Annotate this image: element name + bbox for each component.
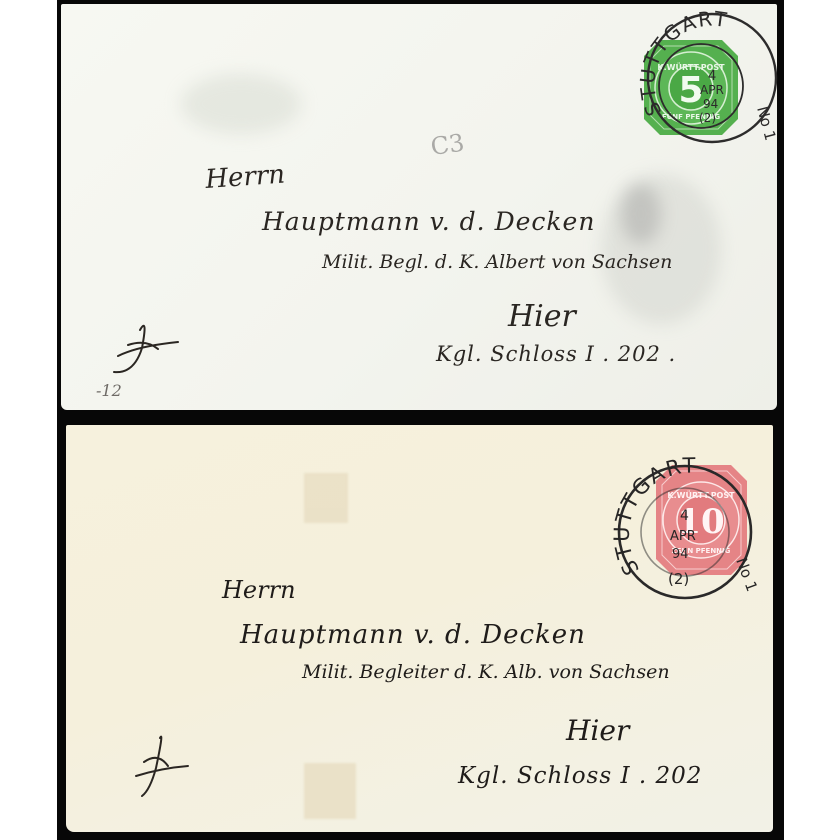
postmark-code: (2) <box>668 570 689 588</box>
handwritten-address-top: Herrn Hauptmann v. d. Decken Milit. Begl… <box>96 159 676 400</box>
address-salutation: Herrn <box>221 576 296 604</box>
stamp-10-pfennig: K.WÜRTT.POST 10 ZEHN PFENNIG <box>656 465 747 575</box>
corner-note: -12 <box>96 381 122 400</box>
address-city: Hier <box>507 299 578 334</box>
postmark-year: 94 <box>703 97 718 111</box>
address-city: Hier <box>565 714 631 747</box>
address-line2: Milit. Begleiter d. K. Alb. von Sachsen <box>301 661 670 683</box>
initials-scribble <box>136 737 188 796</box>
address-salutation: Herrn <box>203 159 286 195</box>
postmark-code: (2) <box>699 111 716 125</box>
initials-scribble <box>114 326 178 372</box>
handwritten-address-bottom: Herrn Hauptmann v. d. Decken Milit. Begl… <box>136 576 702 796</box>
postmark-month: APR <box>700 83 724 97</box>
address-line2: Milit. Begl. d. K. Albert von Sachsen <box>321 251 672 273</box>
envelope-markings: K.WÜRTT.POST 5 FÜNF PFENNIG STUTTGART No… <box>0 0 840 840</box>
postmark-year: 94 <box>672 547 689 562</box>
postmark-day: 4 <box>680 508 689 524</box>
address-name: Hauptmann v. d. Decken <box>261 207 595 236</box>
pencil-mark: C3 <box>429 129 466 161</box>
postmark-day: 4 <box>708 69 716 84</box>
postmark-month: APR <box>670 529 696 544</box>
address-location: Kgl. Schloss I . 202 . <box>435 342 676 366</box>
address-location: Kgl. Schloss I . 202 <box>457 763 702 789</box>
postmark-office: No 1 <box>753 104 779 142</box>
address-name: Hauptmann v. d. Decken <box>239 620 586 650</box>
